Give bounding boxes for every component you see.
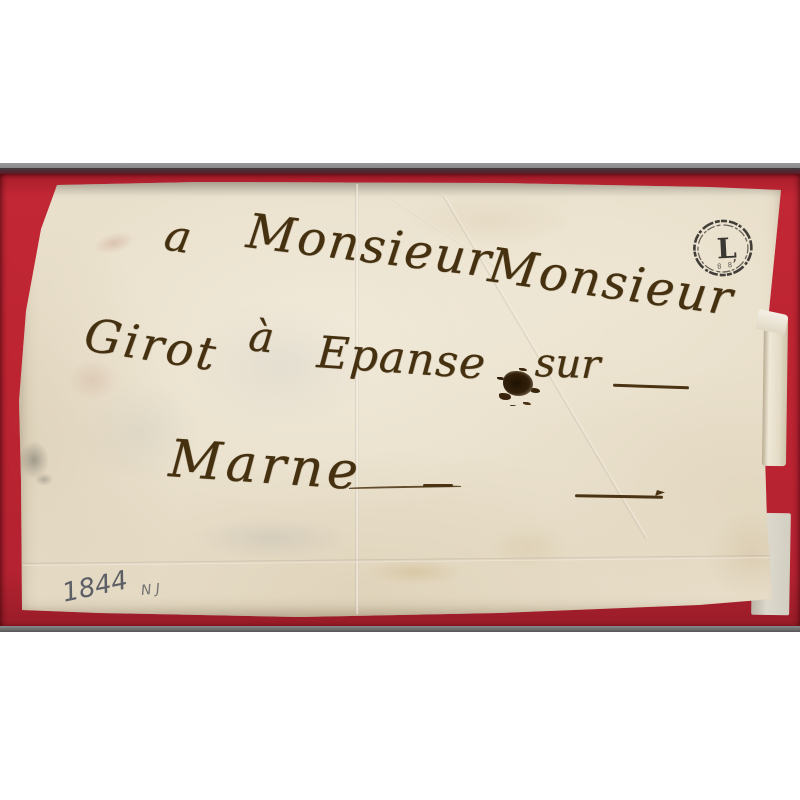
- reddish-stain: [91, 228, 137, 258]
- folded-letter-paper: a Monsieur Monsieur Girot à Epanse sur M…: [19, 181, 783, 617]
- pencil-initials-annotation: N J: [140, 582, 160, 598]
- letter-photo-screenshot: a Monsieur Monsieur Girot à Epanse sur M…: [0, 0, 800, 800]
- photo-of-letter: a Monsieur Monsieur Girot à Epanse sur M…: [0, 163, 800, 632]
- handwritten-word-sur: sur: [534, 343, 601, 385]
- handwritten-particle-a: à: [247, 315, 276, 359]
- ink-showthrough-2: [194, 517, 349, 559]
- ink-blot: [503, 371, 533, 396]
- top-margin: [0, 0, 800, 163]
- handwritten-department-marne: Marne: [167, 433, 364, 498]
- pencil-year-annotation: 1844: [60, 567, 130, 606]
- yellow-stain: [367, 559, 462, 585]
- handwritten-dash-line3: [423, 484, 453, 487]
- handwritten-dash-line3-right: [575, 494, 663, 499]
- postmark-sub-marks: 8 8: [717, 261, 735, 271]
- handwritten-dash-line2: [613, 384, 689, 390]
- handwritten-place-epanse: Epanse: [315, 331, 487, 387]
- yellow-stain-2: [487, 523, 571, 571]
- handwritten-address-prefix: a: [161, 213, 194, 261]
- paper-flap-right: [762, 316, 788, 466]
- gray-ink-smudge-small: [35, 473, 53, 486]
- bottom-margin: [0, 632, 800, 800]
- postmark-stamp: L , 8 8: [687, 213, 758, 284]
